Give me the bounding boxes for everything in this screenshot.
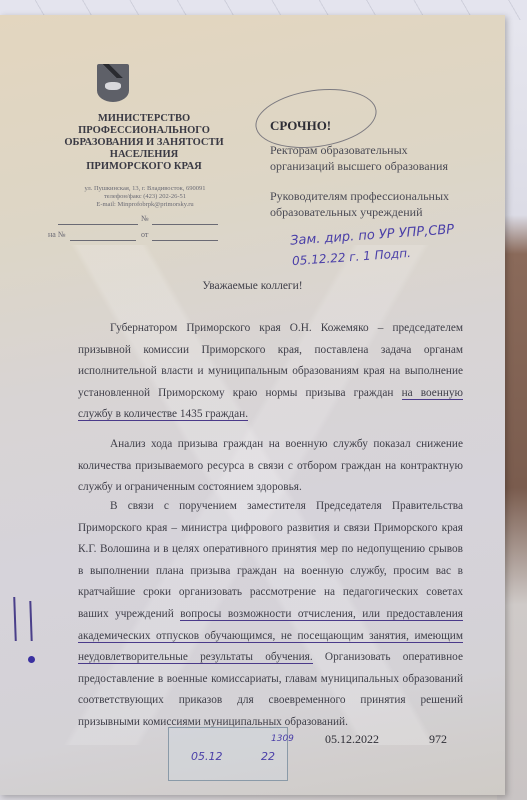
- ref-no-label: на №: [48, 230, 65, 239]
- ministry-name: МИНИСТЕРСТВО ПРОФЕССИОНАЛЬНОГО ОБРАЗОВАН…: [44, 113, 244, 173]
- reg-date-line: [58, 224, 138, 225]
- paragraph-governor-task: Губернатором Приморского края О.Н. Кожем…: [78, 318, 463, 426]
- ref-from-line: [152, 240, 218, 241]
- phone: телефон/факс (423) 202-26-51: [60, 193, 230, 201]
- ref-no-line: [70, 240, 136, 241]
- salutation: Уважаемые коллеги!: [0, 280, 505, 292]
- primorsky-coat-of-arms-icon: [97, 64, 129, 102]
- email: E-mail: Minprofobrpk@primorsky.ru: [60, 201, 230, 209]
- document-number: 972: [429, 732, 447, 747]
- paragraph-analysis: Анализ хода призыва граждан на военную с…: [78, 434, 463, 499]
- incoming-registration-stamp: 1309 05.12 22: [168, 727, 288, 781]
- stamp-incoming-number: 1309: [271, 734, 294, 744]
- ministry-contacts: ул. Пушкинская, 13, г. Владивосток, 6900…: [60, 185, 230, 209]
- ref-from-label: от: [141, 230, 148, 239]
- stamp-date: 05.12: [191, 750, 223, 763]
- document-date: 05.12.2022: [325, 732, 379, 747]
- reg-no-line: [152, 224, 218, 225]
- margin-dot-mark: [28, 656, 35, 663]
- addressee-directors: Руководителям профессиональных образоват…: [270, 188, 449, 220]
- address: ул. Пушкинская, 13, г. Владивосток, 6900…: [60, 185, 230, 193]
- reg-no-label: №: [141, 214, 149, 223]
- urgent-label: СРОЧНО!: [270, 118, 331, 134]
- paragraph-request: В связи с поручением заместителя Председ…: [78, 496, 463, 734]
- addressee-rectors: Ректорам образовательных организаций выс…: [270, 142, 448, 174]
- stamp-year: 22: [261, 750, 275, 763]
